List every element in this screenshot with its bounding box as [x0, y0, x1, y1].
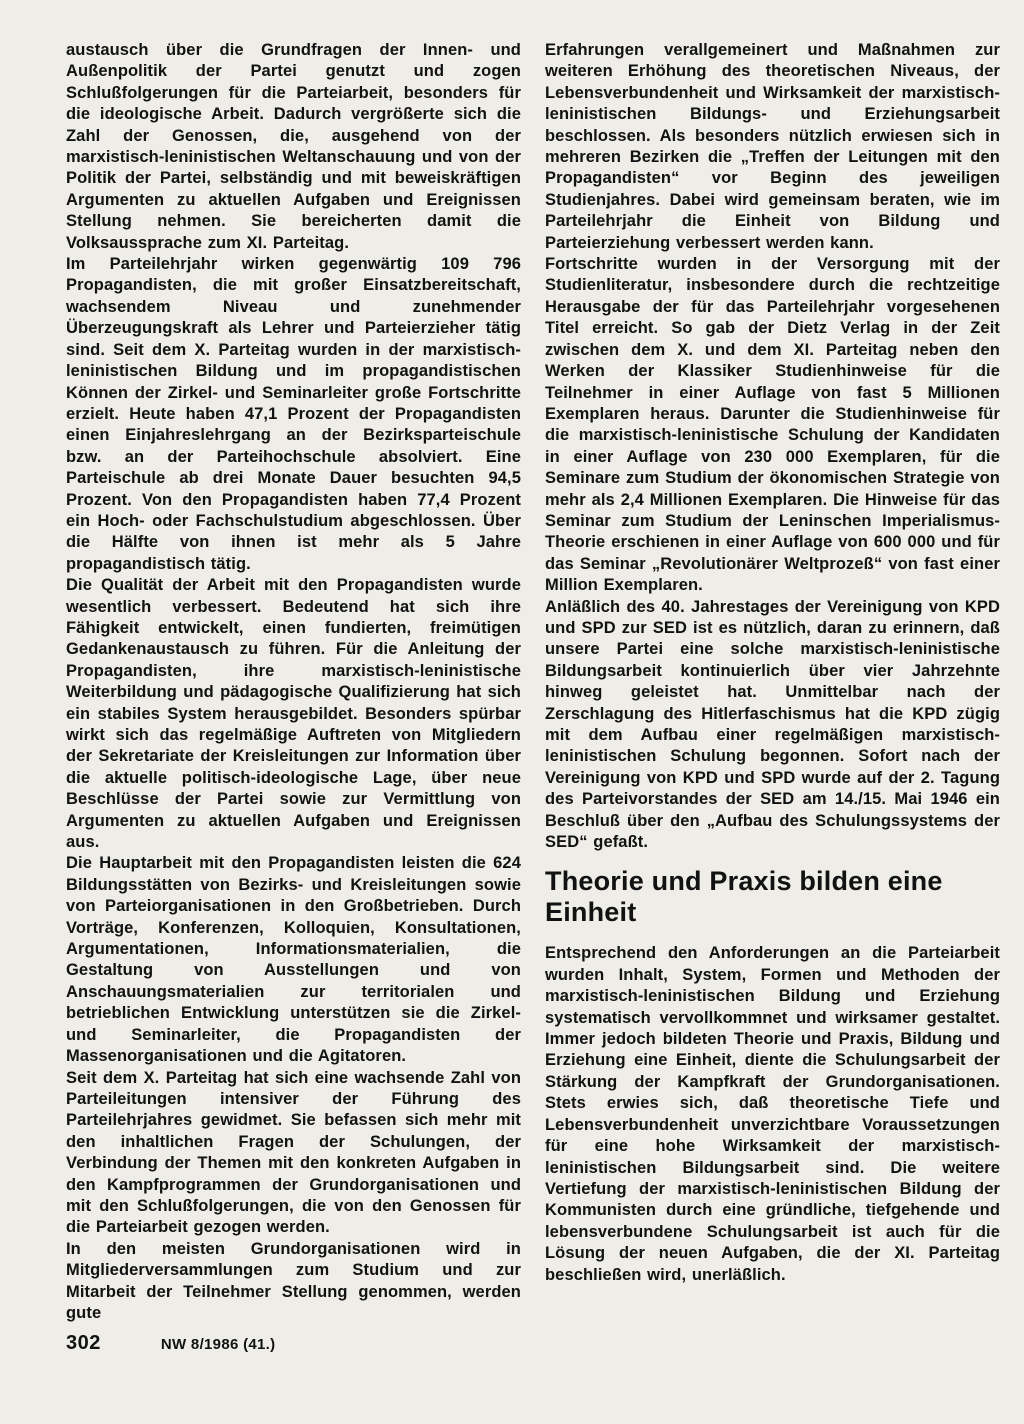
text-column-right: Erfahrungen verallgemeinert und Maßnahme…	[545, 40, 1000, 1330]
page-footer: 302 NW 8/1986 (41.)	[66, 1332, 275, 1355]
paragraph: Erfahrungen verallgemeinert und Maßnahme…	[545, 40, 1000, 254]
issue-label: NW 8/1986 (41.)	[161, 1336, 276, 1353]
paragraph: Entsprechend den Anforderungen an die Pa…	[545, 943, 1000, 1286]
magazine-page: austausch über die Grundfragen der Innen…	[0, 0, 1024, 1424]
paragraph: Seit dem X. Parteitag hat sich eine wach…	[66, 1068, 521, 1239]
paragraph: In den meisten Grundorganisationen wird …	[66, 1239, 521, 1325]
section-heading: Theorie und Praxis bilden eine Einheit	[545, 866, 1000, 928]
paragraph: Fortschritte wurden in der Versorgung mi…	[545, 254, 1000, 597]
paragraph: Im Parteilehrjahr wirken gegenwärtig 109…	[66, 254, 521, 575]
paragraph: Anläßlich des 40. Jahrestages der Verein…	[545, 597, 1000, 854]
paragraph: austausch über die Grundfragen der Innen…	[66, 40, 521, 254]
page-number: 302	[66, 1332, 101, 1355]
two-column-text-body: austausch über die Grundfragen der Innen…	[66, 40, 1000, 1330]
paragraph: Die Qualität der Arbeit mit den Propagan…	[66, 575, 521, 853]
paragraph: Die Hauptarbeit mit den Propagandisten l…	[66, 853, 521, 1067]
text-column-left: austausch über die Grundfragen der Innen…	[66, 40, 521, 1330]
